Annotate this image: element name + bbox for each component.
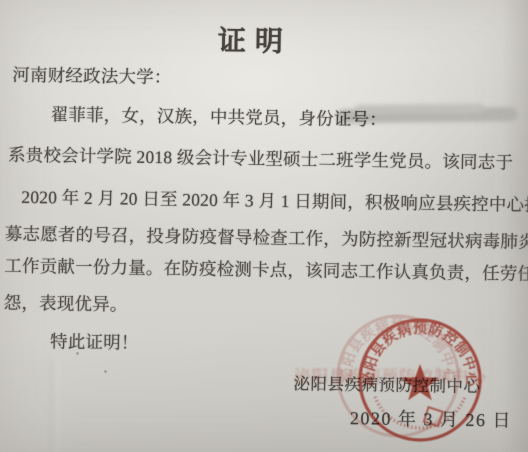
body-line: 2020 年 2 月 20 日至 2020 年 3 月 1 日期间，积极响应县疾… (21, 184, 528, 217)
body-line: 募志愿者的号召，投身防疫督导检查工作，为防控新型冠状病毒肺炎 (5, 221, 528, 254)
paper-speck (104, 370, 107, 373)
id-number-redaction-smudge (337, 107, 518, 123)
document-title: 证明 (0, 16, 510, 64)
body-line: 系贵校会计学院 2018 级会计专业型硕士二班学生党员。该同志于 (8, 142, 513, 175)
body-line: 怨，表现优异。 (4, 290, 128, 317)
paper-speck (76, 352, 79, 355)
closing-line: 特此证明！ (50, 328, 139, 354)
body-line: 工作贡献一份力量。在防疫检测卡点，该同志工作认真负责，任劳任 (4, 253, 528, 286)
certificate-photo: 泌阳县疾病预防控制中心 泌阳县疾病预防控制中心 泌阳县疾病预防控制中心 证明 河… (0, 0, 528, 452)
seal-ghost-issuer-text: 泌阳县疾病预防控制中心 (294, 363, 487, 387)
salutation-line: 河南财经政法大学： (12, 62, 172, 89)
